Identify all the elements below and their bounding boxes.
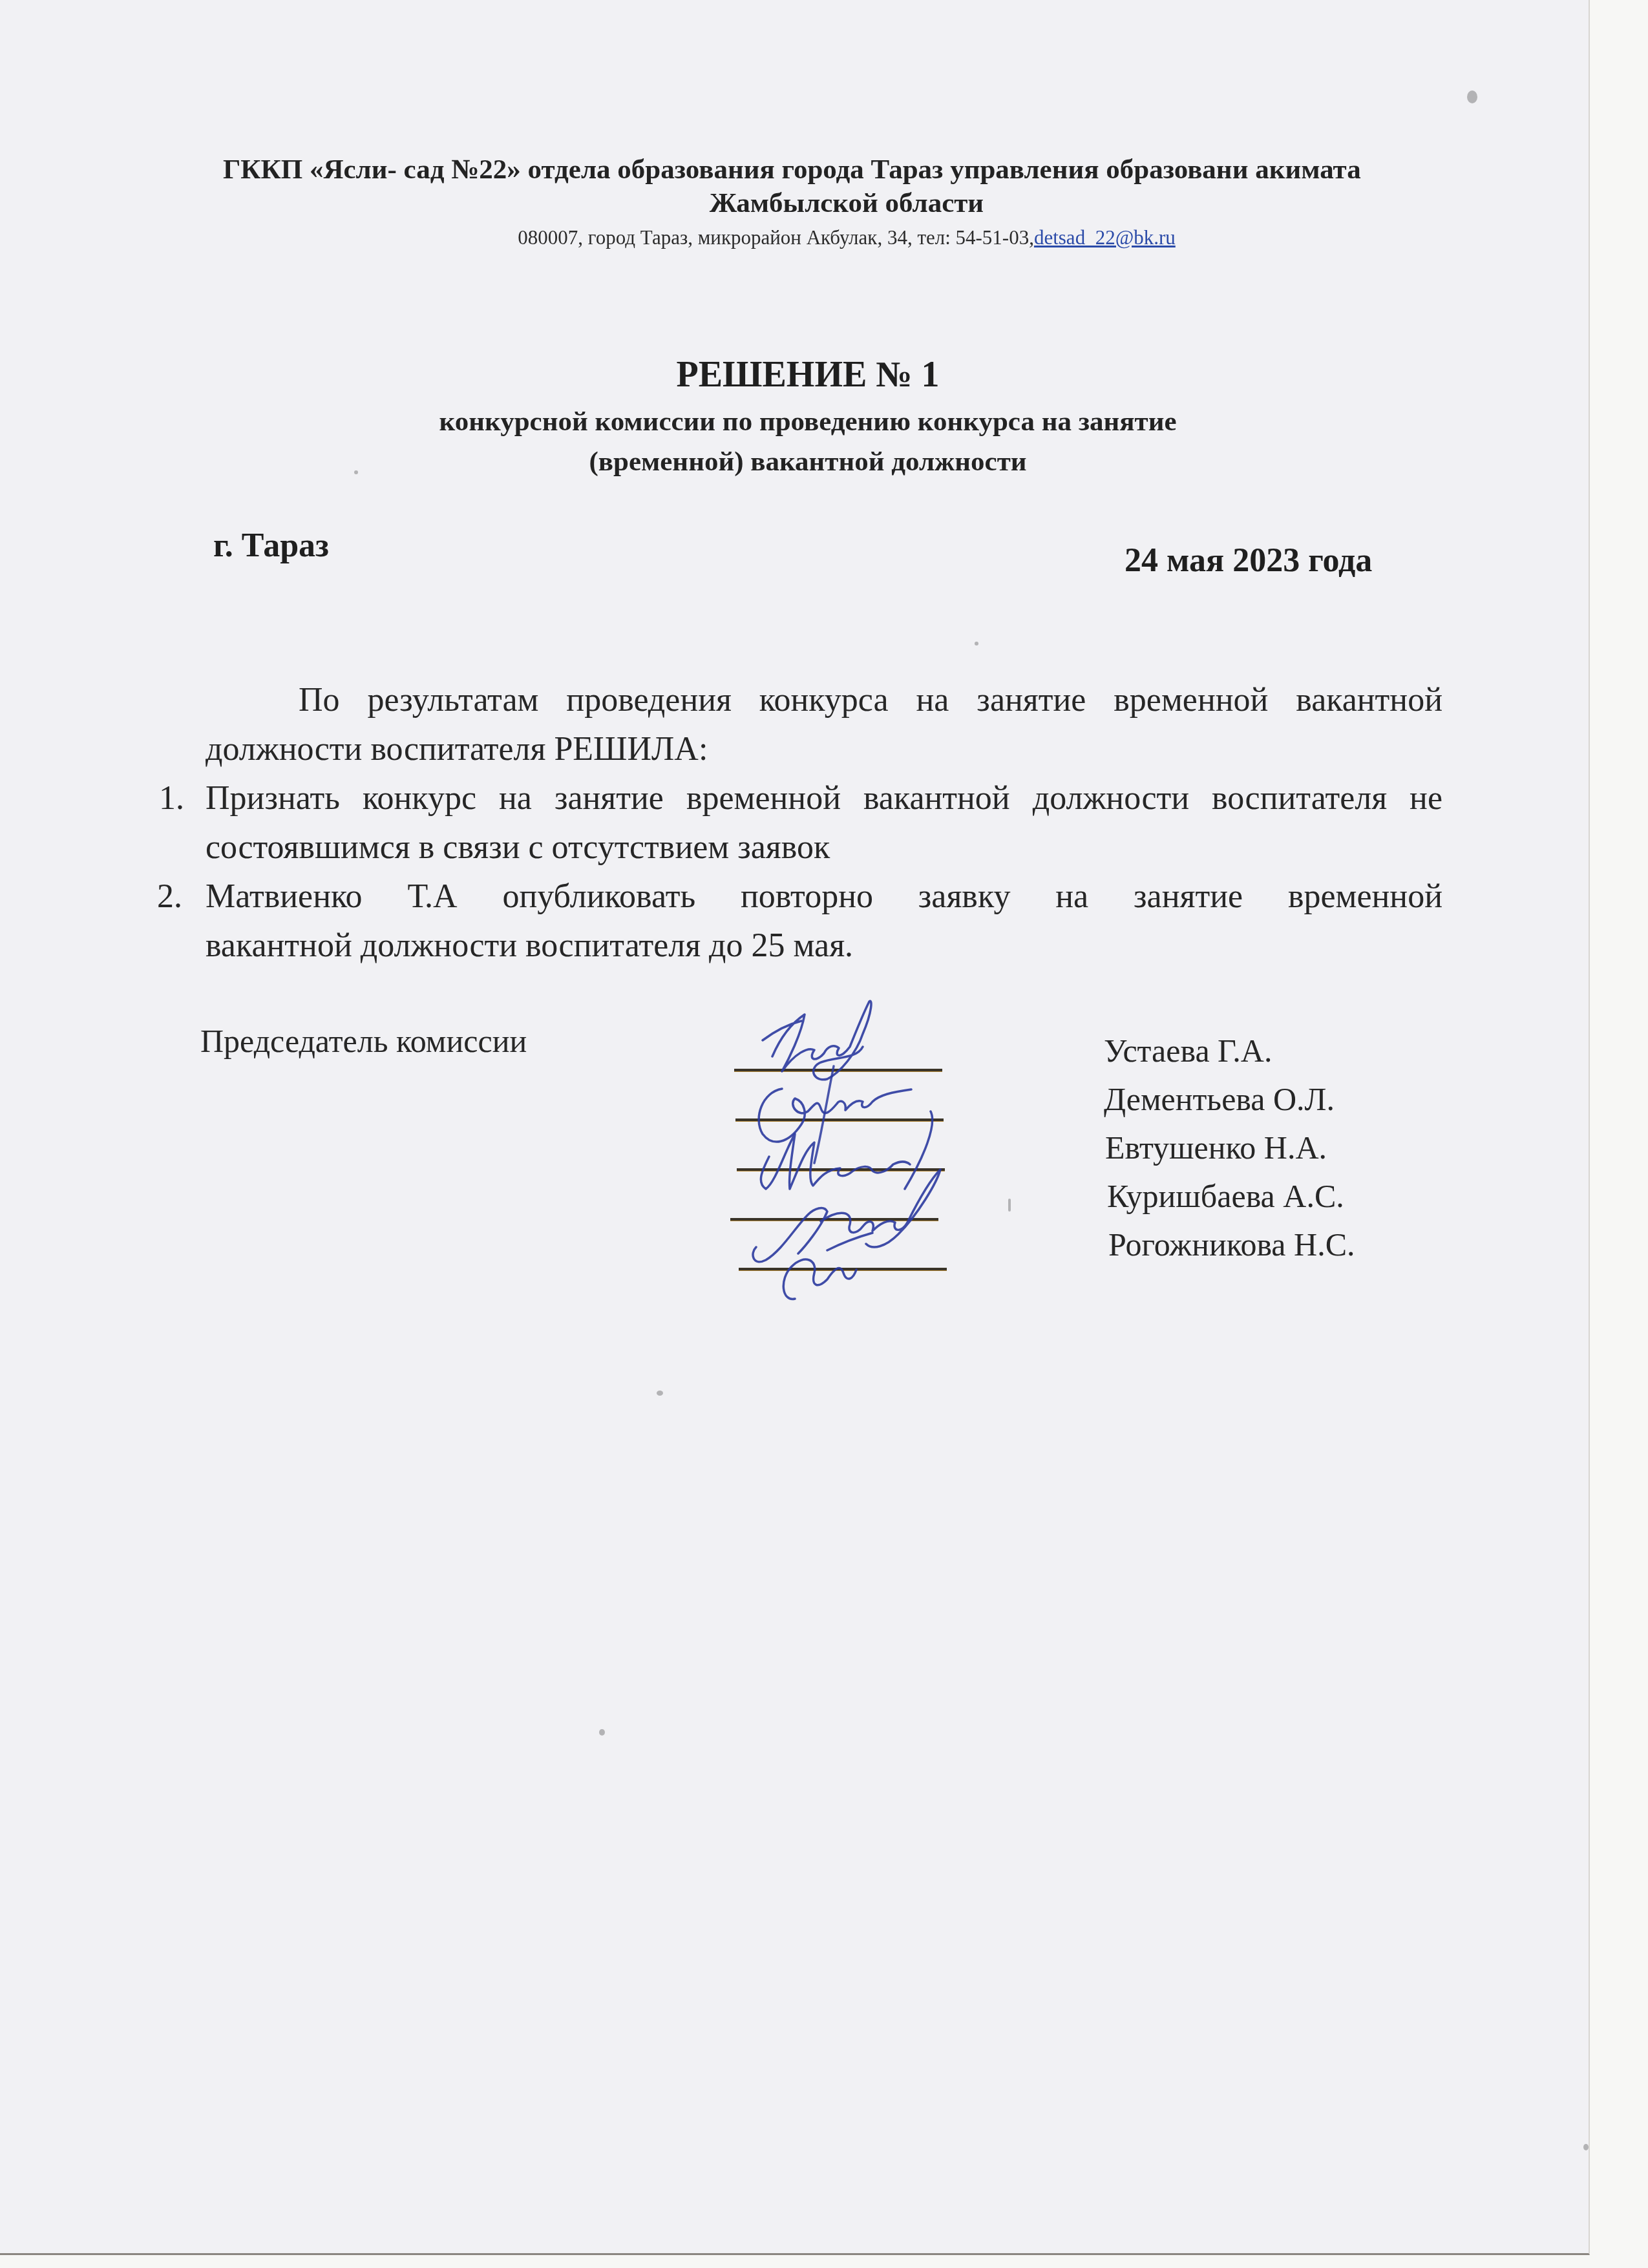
document-title: РЕШЕНИЕ № 1	[323, 354, 1293, 395]
decision-number: 2.	[157, 872, 182, 921]
scan-speck	[1467, 90, 1477, 103]
decision-1-line2: состоявшимся в связи с отсутствием заяво…	[206, 823, 830, 872]
email-link[interactable]: detsad_22@bk.ru	[1034, 226, 1176, 249]
scan-speck	[354, 470, 358, 474]
decision-1-line1: Признать конкурс на занятие временной ва…	[206, 774, 1442, 823]
decision-2-line2: вакантной должности воспитателя до 25 ма…	[206, 921, 853, 971]
document-place: г. Тараз	[213, 527, 329, 565]
address-text: 080007, город Тараз, микрорайон Акбулак,…	[518, 226, 1034, 249]
chair-label: Председатель комиссии	[200, 1022, 527, 1060]
organization-name-line1: ГККП «Ясли- сад №22» отдела образования …	[223, 154, 1361, 185]
scan-speck	[1583, 2144, 1589, 2150]
member-name: Устаева Г.А.	[1104, 1032, 1272, 1069]
scan-speck	[657, 1391, 663, 1396]
decision-number: 1.	[159, 774, 184, 823]
member-name: Рогожникова Н.С.	[1108, 1226, 1355, 1263]
scan-speck	[1008, 1199, 1011, 1212]
document-subtitle-line2: (временной) вакантной должности	[323, 446, 1293, 478]
scan-speck	[975, 642, 978, 646]
document-subtitle-line1: конкурсной комиссии по проведению конкур…	[323, 406, 1293, 437]
intro-paragraph-line2: должности воспитателя РЕШИЛА:	[206, 725, 708, 774]
member-name: Куришбаева А.С.	[1107, 1177, 1344, 1215]
scan-speck	[599, 1729, 605, 1736]
document-page: ГККП «Ясли- сад №22» отдела образования …	[0, 0, 1590, 2255]
intro-paragraph-line1: По результатам проведения конкурса на за…	[299, 676, 1442, 725]
decision-2-line1: Матвиенко Т.А опубликовать повторно заяв…	[206, 872, 1442, 921]
member-name: Евтушенко Н.А.	[1105, 1129, 1327, 1166]
organization-name-line2: Жамбылской области	[223, 187, 1470, 219]
member-name: Дементьева О.Л.	[1104, 1080, 1335, 1118]
handwritten-signatures	[743, 995, 989, 1305]
document-date: 24 мая 2023 года	[1125, 541, 1372, 580]
organization-address: 080007, город Тараз, микрорайон Акбулак,…	[223, 226, 1470, 249]
